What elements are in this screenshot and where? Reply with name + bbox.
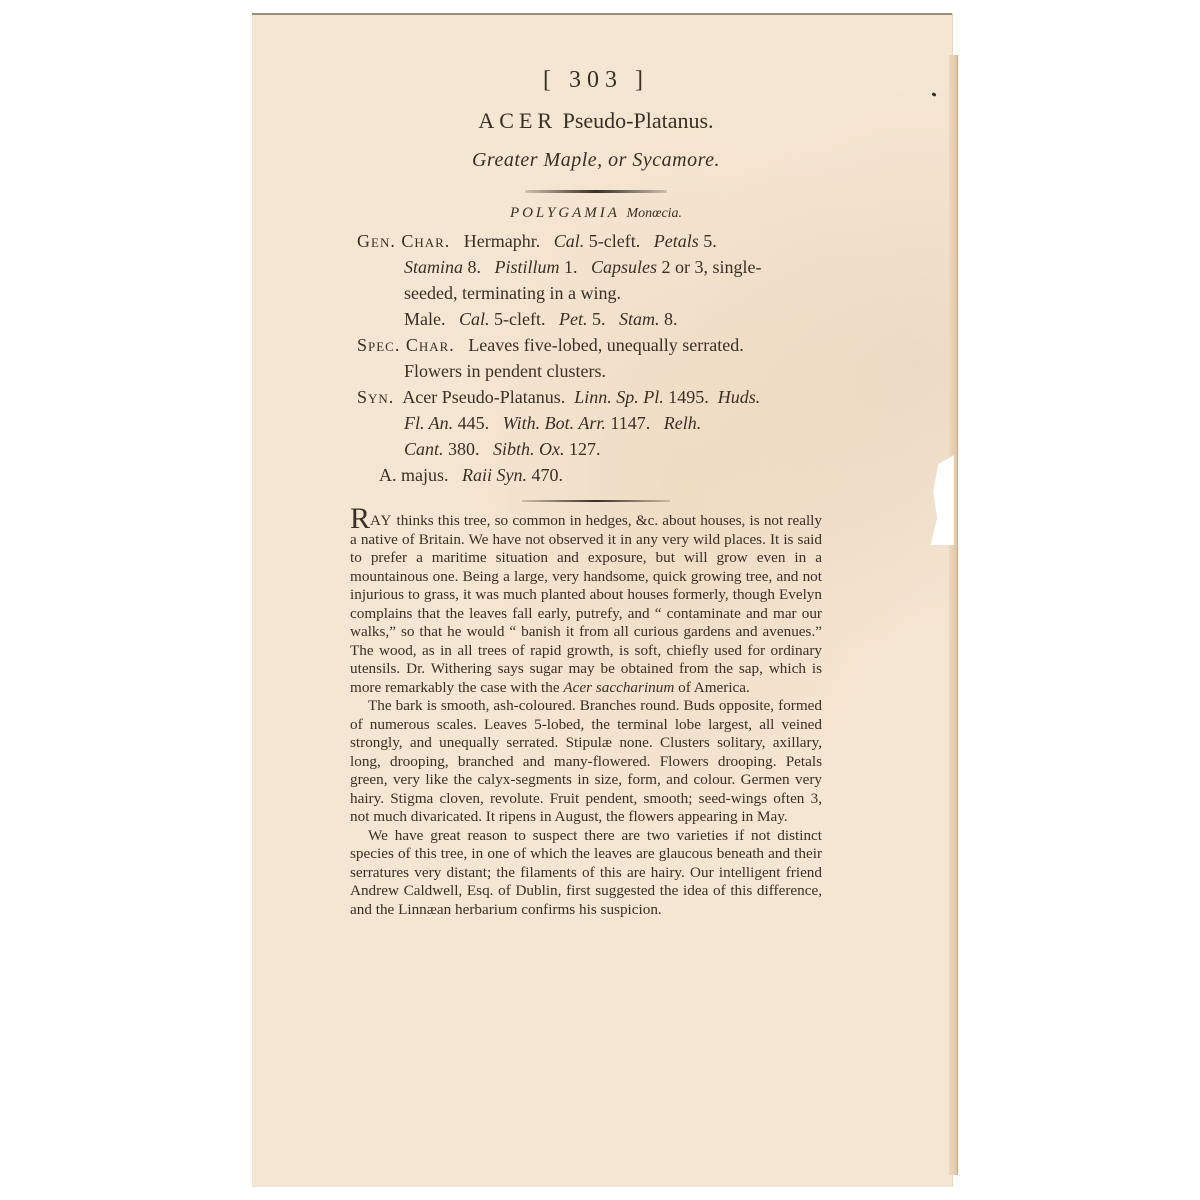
gen-char-label: Gen. Char.: [357, 231, 450, 251]
torn-edge: [928, 455, 954, 545]
characters-block: Gen. Char. Hermaphr. Cal. 5-cleft. Petal…: [357, 228, 835, 488]
page-content: [ 303 ] ACER Pseudo-Platanus. Greater Ma…: [357, 65, 835, 919]
genus-name: ACER: [478, 108, 557, 133]
spec-char-line1: Spec. Char. Leaves five-lobed, unequally…: [357, 332, 835, 358]
class-name: POLYGAMIA: [510, 205, 620, 221]
male-char-line: Male. Cal. 5-cleft. Pet. 5. Stam. 8.: [357, 306, 835, 332]
species-name: Pseudo-Platanus.: [563, 108, 714, 133]
syn-line4: A. majus. Raii Syn. 470.: [357, 462, 835, 488]
book-page: [ 303 ] ACER Pseudo-Platanus. Greater Ma…: [252, 13, 952, 1187]
syn-line2: Fl. An. 445. With. Bot. Arr. 1147. Relh.: [357, 410, 835, 436]
syn-line3: Cant. 380. Sibth. Ox. 127.: [357, 436, 835, 462]
linnaean-class: POLYGAMIA Monœcia.: [357, 205, 835, 222]
page-edge: [949, 55, 958, 1175]
order-name: Monœcia.: [626, 206, 682, 221]
syn-label: Syn.: [357, 387, 394, 407]
paragraph-2: The bark is smooth, ash-coloured. Branch…: [350, 697, 822, 827]
description-body: RAY thinks this tree, so common in hedge…: [350, 510, 822, 919]
gen-char-line3: seeded, terminating in a wing.: [357, 280, 835, 306]
divider-rule: [525, 190, 667, 193]
paragraph-1: RAY thinks this tree, so common in hedge…: [350, 510, 822, 697]
ink-speck: [932, 92, 937, 97]
spec-char-label: Spec. Char.: [357, 335, 455, 355]
species-title: ACER Pseudo-Platanus.: [357, 108, 835, 134]
divider-rule-2: [522, 500, 670, 502]
gen-char-line2: Stamina 8. Pistillum 1. Capsules 2 or 3,…: [357, 254, 835, 280]
paragraph-3: We have great reason to suspect there ar…: [350, 827, 822, 920]
common-name: Greater Maple, or Sycamore.: [357, 149, 835, 172]
gen-char-line1: Gen. Char. Hermaphr. Cal. 5-cleft. Petal…: [357, 228, 835, 254]
page-number: [ 303 ]: [357, 67, 835, 94]
spec-char-line2: Flowers in pendent clusters.: [357, 358, 835, 384]
syn-line1: Syn. Acer Pseudo-Platanus. Linn. Sp. Pl.…: [357, 384, 835, 410]
